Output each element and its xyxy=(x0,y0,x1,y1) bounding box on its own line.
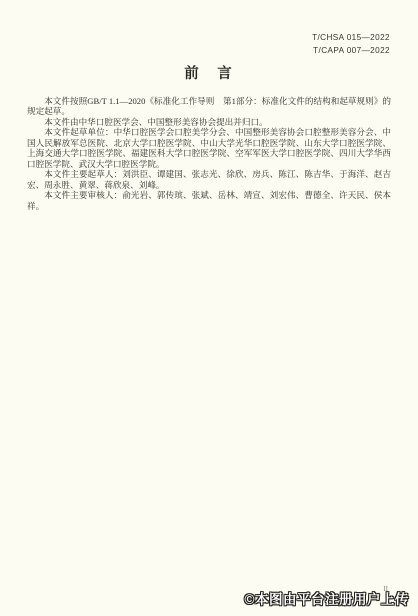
foreword-body: 本文件按照GB/T 1.1—2020《标准化工作导则 第1部分：标准化文件的结构… xyxy=(27,96,391,211)
paragraph-main-drafters: 本文件主要起草人：刘洪臣、谭建国、张志光、徐欣、房兵、陈江、陈吉华、于海洋、赵吉… xyxy=(27,169,391,190)
paragraph-drafting-rule: 本文件按照GB/T 1.1—2020《标准化工作导则 第1部分：标准化文件的结构… xyxy=(27,96,391,117)
document-page: T/CHSA 015—2022 T/CAPA 007—2022 前 言 本文件按… xyxy=(0,0,418,616)
paragraph-drafting-units: 本文件起草单位：中华口腔医学会口腔美学分会、中国整形美容协会口腔整形美容分会、中… xyxy=(27,127,391,169)
standard-codes: T/CHSA 015—2022 T/CAPA 007—2022 xyxy=(312,31,390,57)
standard-code-capa: T/CAPA 007—2022 xyxy=(312,44,390,57)
foreword-title: 前 言 xyxy=(0,62,418,83)
paragraph-main-reviewers: 本文件主要审核人：俞光岩、郭传瑸、张斌、岳林、靖宣、刘宏伟、曹德全、许天民、侯本… xyxy=(27,190,391,211)
standard-code-chsa: T/CHSA 015—2022 xyxy=(312,31,390,44)
upload-watermark: ©本图由平台注册用户上传 xyxy=(245,588,409,608)
paragraph-proposing-org: 本文件由中华口腔医学会、中国整形美容协会提出并归口。 xyxy=(27,117,391,127)
